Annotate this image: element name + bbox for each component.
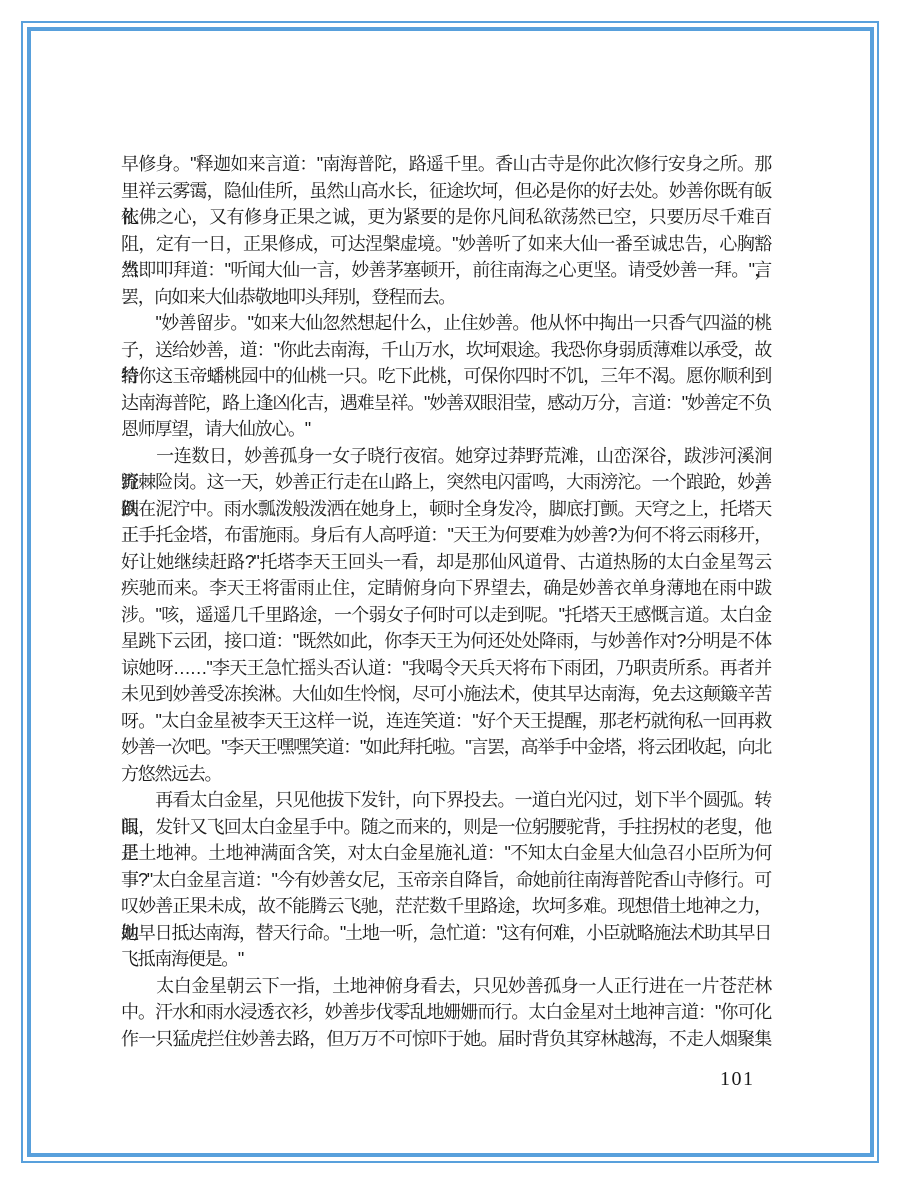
- text-line: 达南海普陀，路上逢凶化吉，遇难呈祥。"妙善双眼泪莹，感动万分，言道："妙善定不负: [121, 390, 771, 417]
- text-line: 她早日抵达南海，替天行命。"土地一听，急忙道："这有何难，小臣就略施法术助其早日: [121, 920, 771, 947]
- text-line: 野棘险岗。这一天，妙善正行走在山路上，突然电闪雷鸣，大雨滂沱。一个踉跄，妙善跌: [121, 469, 771, 496]
- text-line: 当即叩拜道："听闻大仙一言，妙善茅塞顿开，前往南海之心更坚。请受妙善一拜。"言: [121, 257, 771, 284]
- text-line: 礼佛之心，又有修身正果之诚，更为紧要的是你凡间私欲荡然已空，只要历尽千难百: [121, 204, 771, 231]
- text-line: 里祥云雾霭，隐仙佳所，虽然山高水长，征途坎坷，但必是你的好去处。妙善你既有皈依: [121, 178, 771, 205]
- text-line: 罢，向如来大仙恭敬地叩头拜别，登程而去。: [121, 284, 771, 311]
- text-line: 中。汗水和雨水浸透衣衫，妙善步伐零乱地姗姗而行。太白金星对土地神言道："你可化: [121, 999, 771, 1026]
- text-line: 太白金星朝云下一指，土地神俯身看去，只见妙善孤身一人正行进在一片苍茫林: [121, 973, 771, 1000]
- text-line: 妙善一次吧。"李天王嘿嘿笑道："如此拜托啦。"言罢，高举手中金塔，将云团收起，向…: [121, 734, 771, 761]
- text-line: 倒在泥泞中。雨水瓢泼般泼洒在她身上，顿时全身发冷，脚底打颤。天穹之上，托塔天王: [121, 496, 771, 523]
- text-line: 飞抵南海便是。": [121, 946, 771, 973]
- text-line: 事?"太白金星言道："今有妙善女尼，玉帝亲自降旨，命她前往南海普陀香山寺修行。可: [121, 867, 771, 894]
- text-line: 星跳下云团，接口道："既然如此，你李天王为何还处处降雨，与妙善作对?分明是不体: [121, 628, 771, 655]
- text-line: 正手托金塔，布雷施雨。身后有人高呼道："天王为何要难为妙善?为何不将云雨移开，: [121, 522, 771, 549]
- text-line: 早修身。"释迦如来言道："南海普陀，路遥千里。香山古寺是你此次修行安身之所。那: [121, 151, 771, 178]
- text-line: 给你这玉帝蟠桃园中的仙桃一只。吃下此桃，可保你四时不饥，三年不渴。愿你顺利到: [121, 363, 771, 390]
- text-line: "妙善留步。"如来大仙忽然想起什么，止住妙善。他从怀中掏出一只香气四溢的桃: [121, 310, 771, 337]
- text-line: 一连数日，妙善孤身一女子晓行夜宿。她穿过莽野荒滩，山峦深谷，跋涉河溪涧流，: [121, 443, 771, 470]
- text-line: 恩师厚望，请大仙放心。": [121, 416, 771, 443]
- text-line: 作一只猛虎拦住妙善去路，但万万不可惊吓于她。届时背负其穿林越海，不走人烟聚集: [121, 1026, 771, 1053]
- page-number: 101: [720, 1068, 755, 1091]
- text-line: 阻，定有一日，正果修成，可达涅槃虚境。"妙善听了如来大仙一番至诚忠告，心胸豁然，: [121, 231, 771, 258]
- text-line: 叹妙善正果未成，故不能腾云飞驰，茫茫数千里路途，坎坷多难。现想借土地神之力，助: [121, 893, 771, 920]
- text-line: 涉。"咳，遥遥几千里路途，一个弱女子何时可以走到呢。"托塔天王感慨言道。太白金: [121, 602, 771, 629]
- text-line: 呀。"太白金星被李天王这样一说，连连笑道："好个天王提醒，那老朽就徇私一回再救: [121, 708, 771, 735]
- text-line: 再看太白金星，只见他拔下发针，向下界投去。一道白光闪过，划下半个圆弧。转眼: [121, 787, 771, 814]
- text-line: 谅她呀……"李天王急忙摇头否认道："我喝令天兵天将布下雨团，乃职责所系。再者并: [121, 655, 771, 682]
- text-line: 子，送给妙善，道："你此去南海，千山万水，坎坷艰途。我恐你身弱质薄难以承受，故特: [121, 337, 771, 364]
- body-text: 早修身。"释迦如来言道："南海普陀，路遥千里。香山古寺是你此次修行安身之所。那里…: [121, 151, 771, 1052]
- text-line: 是土地神。土地神满面含笑，对太白金星施礼道："不知太白金星大仙急召小臣所为何: [121, 840, 771, 867]
- text-line: 间，发针又飞回太白金星手中。随之而来的，则是一位躬腰驼背，手拄拐杖的老叟，他正: [121, 814, 771, 841]
- text-line: 方悠然远去。: [121, 761, 771, 788]
- text-line: 未见到妙善受冻挨淋。大仙如生怜悯，尽可小施法术，使其早达南海，免去这颠簸辛苦: [121, 681, 771, 708]
- book-page: 早修身。"释迦如来言道："南海普陀，路遥千里。香山古寺是你此次修行安身之所。那里…: [0, 0, 900, 1184]
- text-line: 疾驰而来。李天王将雷雨止住，定睛俯身向下界望去，确是妙善衣单身薄地在雨中跋: [121, 575, 771, 602]
- text-line: 好让她继续赶路?"托塔李天王回头一看，却是那仙风道骨、古道热肠的太白金星驾云: [121, 549, 771, 576]
